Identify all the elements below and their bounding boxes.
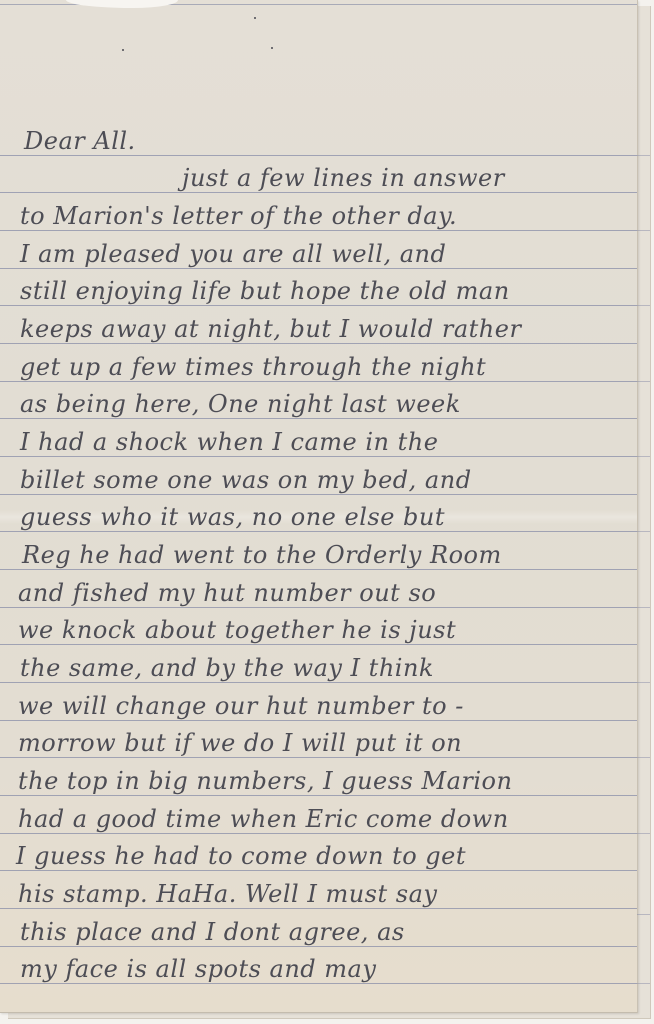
ruled-line-stub [637, 531, 650, 532]
letter-line: the same, and by the way I think [20, 651, 434, 685]
letter-line: billet some one was on my bed, and [20, 463, 472, 497]
ruled-line-stub [637, 155, 650, 156]
letter-page: Dear All. just a few lines in answer to … [0, 0, 638, 1013]
letter-line: Reg he had went to the Orderly Room [22, 538, 502, 572]
salutation: Dear All. [24, 124, 136, 158]
letter-line: to Marion's letter of the other day. [20, 199, 457, 233]
ink-speck [254, 17, 256, 19]
letter-line: his stamp. HaHa. Well I must say [18, 877, 437, 911]
letter-line: guess who it was, no one else but [20, 500, 445, 534]
letter-line: the top in big numbers, I guess Marion [18, 764, 512, 798]
letter-line: just a few lines in answer [182, 161, 505, 195]
letter-line: morrow but if we do I will put it on [18, 726, 462, 760]
letter-line: I guess he had to come down to get [16, 839, 466, 873]
ruled-line-stub [637, 682, 650, 683]
letter-line: my face is all spots and may [20, 952, 376, 986]
ruled-line-stub [637, 230, 650, 231]
ink-speck [122, 49, 124, 51]
letter-line: I had a shock when I came in the [20, 425, 438, 459]
letter-line: and fished my hut number out so [18, 576, 436, 610]
torn-edge [66, 0, 178, 8]
ruled-line-stub [637, 914, 650, 915]
ruled-line-stub [637, 983, 650, 984]
ruled-line-stub [637, 607, 650, 608]
letter-line: get up a few times through the night [20, 350, 486, 384]
ruled-line-stub [637, 833, 650, 834]
letter-line: as being here, One night last week [20, 387, 461, 421]
letter-line: keeps away at night, but I would rather [20, 312, 521, 346]
ink-speck [271, 47, 273, 49]
ruled-line-stub [637, 757, 650, 758]
letter-line: I am pleased you are all well, and [20, 237, 446, 271]
ruled-line-stub [637, 305, 650, 306]
letter-line: we knock about together he is just [18, 613, 456, 647]
letter-line: had a good time when Eric come down [18, 802, 509, 836]
letter-line: this place and I dont agree, as [20, 915, 405, 949]
letter-line: we will change our hut number to - [18, 689, 464, 723]
ruled-line-stub [637, 456, 650, 457]
letter-line: still enjoying life but hope the old man [20, 274, 510, 308]
ruled-line-stub [637, 381, 650, 382]
